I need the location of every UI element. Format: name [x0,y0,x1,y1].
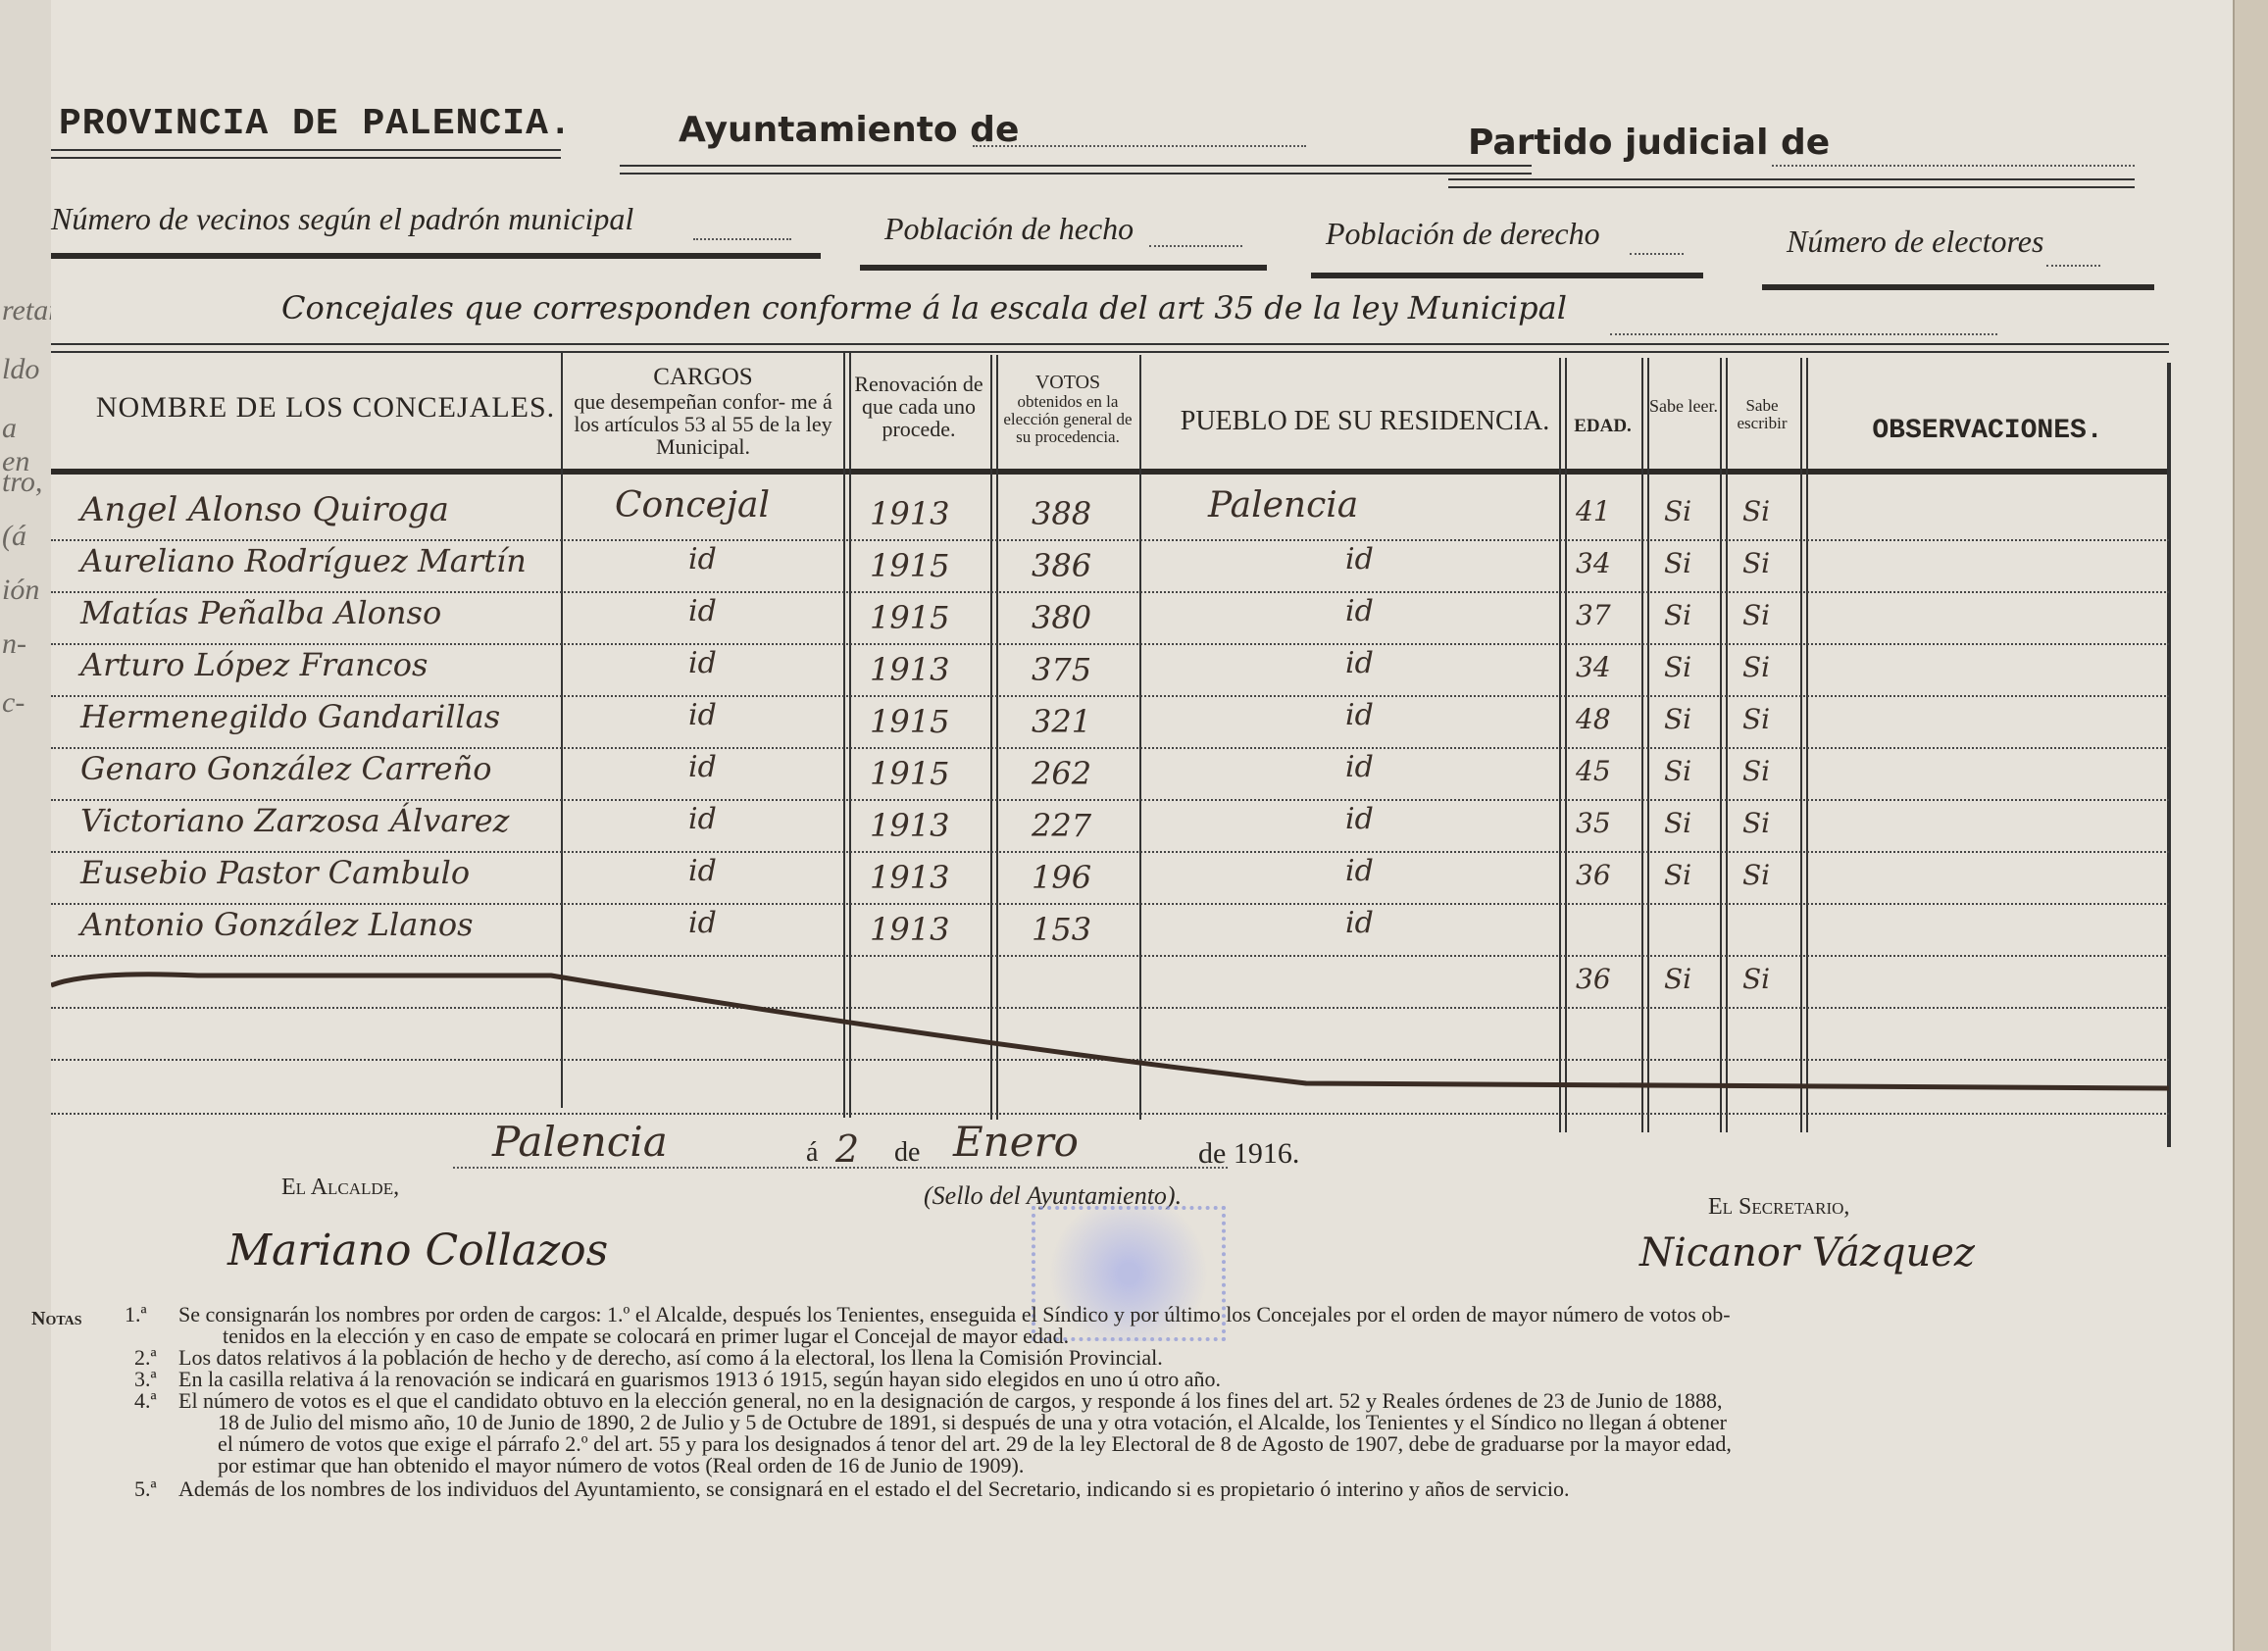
escribir-cell: Si [1742,599,1770,631]
note-text: Se consignarán los nombres por orden de … [178,1304,1731,1326]
col-pueblo: PUEBLO DE SU RESIDENCIA. [1149,407,1581,435]
row-line [51,643,2169,645]
notes-label: Notas [31,1308,82,1329]
divider [860,265,1267,271]
nombre-cell: Aureliano Rodríguez Martín [80,542,527,579]
votos-cell: 380 [1032,599,1091,636]
divider [620,165,1532,175]
note-text: En la casilla relativa á la renovación s… [178,1369,1221,1390]
pueblo-cell: id [1345,594,1374,628]
col-nombre: NOMBRE DE LOS CONCEJALES. [71,392,580,424]
cargo-cell: id [688,646,717,680]
cancellation-line [51,971,2169,1118]
cargo-cell: id [688,802,717,836]
cargo-cell: id [688,906,717,940]
col-cargos: CARGOS que desempeñan confor- me á los a… [561,365,845,459]
note-number: 2.ª [134,1347,157,1369]
left-page-edge: retar ldo a en tro, (á ión n- c- [0,0,54,1651]
table-top-rule [51,343,2169,353]
note-text: 18 de Julio del mismo año, 10 de Junio d… [218,1412,1727,1433]
col-leer: Sabe leer. [1644,397,1723,416]
divider [51,253,821,259]
renovacion-cell: 1913 [870,495,949,532]
pueblo-cell: Palencia [1208,485,1358,525]
note-number: 1.ª [125,1304,147,1326]
note-text: por estimar que han obtenido el mayor nú… [218,1455,1024,1476]
divider [51,149,561,159]
pueblo-cell: id [1345,906,1374,940]
place-value: Palencia [492,1118,668,1166]
escribir-cell: Si [1742,755,1770,787]
cargo-cell: id [688,594,717,628]
edad-cell: 35 [1576,807,1611,839]
margin-fragment: tro, [2,466,42,499]
margin-fragment: n- [2,627,26,661]
divider [1762,284,2154,290]
renovacion-cell: 1915 [870,547,949,584]
edad-cell: 37 [1576,599,1611,631]
cargo-cell: id [688,750,717,784]
margin-fragment: c- [2,686,25,720]
col-votos: VOTOS obtenidos en la elección general d… [994,373,1141,446]
a-label: á [806,1137,818,1169]
divider [1448,178,2135,188]
note-text: El número de votos es el que el candidat… [178,1390,1723,1412]
margin-fragment: (á [2,520,26,553]
col-renovacion: Renovación de que cada uno procede. [845,373,992,440]
row-line [51,539,2169,541]
col-cargos-sub: que desempeñan confor- me á los artículo… [561,390,845,458]
ayuntamiento-label: Ayuntamiento de [679,110,1019,150]
concejales-field[interactable] [1610,333,1997,335]
renovacion-cell: 1915 [870,599,949,636]
edad-cell: 34 [1576,547,1611,579]
votos-cell: 386 [1032,547,1091,584]
derecho-field[interactable] [1630,253,1684,255]
margin-fragment: ión [2,574,39,607]
escribir-cell: Si [1742,807,1770,839]
votos-cell: 227 [1032,807,1091,844]
note-text: Además de los nombres de los individuos … [178,1478,1569,1500]
edad-cell: 41 [1576,495,1611,527]
nombre-cell: Victoriano Zarzosa Álvarez [80,802,509,839]
margin-fragment: ldo [2,353,39,386]
note-number: 3.ª [134,1369,157,1390]
escribir-cell: Si [1742,547,1770,579]
col-cargos-title: CARGOS [561,365,845,390]
hecho-field[interactable] [1149,245,1242,247]
row-line [51,695,2169,697]
leer-cell: Si [1664,547,1691,579]
alcalde-label: El Alcalde, [281,1175,399,1201]
note-number: 5.ª [134,1478,157,1500]
pueblo-cell: id [1345,750,1374,784]
row-line [51,799,2169,801]
day-value: 2 [835,1127,859,1171]
province-title: PROVINCIA DE PALENCIA. [59,103,573,145]
electores-label: Número de electores [1787,224,2043,260]
note-number: 4.ª [134,1390,157,1412]
col-votos-sub: obtenidos en la elección general de su p… [994,393,1141,446]
col-observaciones: OBSERVACIONES. [1806,417,2169,445]
votos-cell: 321 [1032,703,1091,740]
cargo-cell: id [688,698,717,732]
de-label: de [894,1137,920,1169]
secretario-signature: Nicanor Vázquez [1639,1230,1975,1276]
row-line [51,747,2169,749]
cargo-cell: id [688,542,717,576]
leer-cell: Si [1664,495,1691,527]
row-line [51,851,2169,853]
renovacion-cell: 1915 [870,755,949,792]
partido-field[interactable] [1772,165,2135,167]
escribir-cell: Si [1742,859,1770,891]
hecho-label: Población de hecho [884,211,1134,247]
pueblo-cell: id [1345,646,1374,680]
note-text: el número de votos que exige el párrafo … [218,1433,1732,1455]
alcalde-signature: Mariano Collazos [227,1226,608,1276]
nombre-cell: Eusebio Pastor Cambulo [80,854,470,891]
cargo-cell: id [688,854,717,888]
vecinos-field[interactable] [693,238,791,240]
ayuntamiento-field[interactable] [973,145,1306,147]
edad-cell: 34 [1576,651,1611,683]
edad-cell: 36 [1576,859,1611,891]
pueblo-cell: id [1345,698,1374,732]
derecho-label: Población de derecho [1326,216,1600,252]
month-value: Enero [953,1118,1079,1166]
votos-cell: 375 [1032,651,1091,688]
nombre-cell: Genaro González Carreño [80,750,491,787]
cargo-cell: Concejal [615,485,770,525]
row-line [51,591,2169,593]
pueblo-cell: id [1345,542,1374,576]
nombre-cell: Angel Alonso Quiroga [80,490,449,529]
col-escribir: Sabe escribir [1723,397,1801,432]
vecinos-label: Número de vecinos según el padrón munici… [51,201,633,237]
partido-label: Partido judicial de [1468,123,1830,163]
votos-cell: 153 [1032,911,1091,948]
leer-cell: Si [1664,599,1691,631]
votos-cell: 196 [1032,859,1091,896]
header-bottom-rule [51,469,2169,475]
edad-cell: 45 [1576,755,1611,787]
renovacion-cell: 1913 [870,911,949,948]
pueblo-cell: id [1345,854,1374,888]
escribir-cell: Si [1742,651,1770,683]
col-votos-title: VOTOS [994,373,1141,393]
row-line [51,903,2169,905]
leer-cell: Si [1664,703,1691,735]
council-table: NOMBRE DE LOS CONCEJALES. CARGOS que des… [51,343,2169,1127]
nombre-cell: Matías Peñalba Alonso [80,594,441,631]
nombre-cell: Hermenegildo Gandarillas [80,698,500,735]
concejales-label: Concejales que corresponden conforme á l… [281,289,1567,326]
escribir-cell: Si [1742,703,1770,735]
note-text: tenidos en la elección y en caso de empa… [223,1326,1069,1347]
secretario-label: El Secretario, [1708,1194,1849,1221]
leer-cell: Si [1664,651,1691,683]
renovacion-cell: 1913 [870,651,949,688]
col-edad: EDAD. [1561,417,1644,436]
row-line [51,955,2169,957]
renovacion-cell: 1915 [870,703,949,740]
electores-field[interactable] [2046,265,2100,267]
pueblo-cell: id [1345,802,1374,836]
renovacion-cell: 1913 [870,807,949,844]
year-label: de 1916. [1198,1137,1299,1171]
divider [1311,273,1703,278]
leer-cell: Si [1664,859,1691,891]
nombre-cell: Arturo López Francos [80,646,428,683]
right-page-edge [2233,0,2268,1651]
renovacion-cell: 1913 [870,859,949,896]
votos-cell: 262 [1032,755,1091,792]
form-page: PROVINCIA DE PALENCIA. Ayuntamiento de P… [51,0,2233,1651]
note-text: Los datos relativos á la población de he… [178,1347,1163,1369]
leer-cell: Si [1664,755,1691,787]
leer-cell: Si [1664,807,1691,839]
votos-cell: 388 [1032,495,1091,532]
escribir-cell: Si [1742,495,1770,527]
edad-cell: 48 [1576,703,1611,735]
nombre-cell: Antonio González Llanos [80,906,474,943]
